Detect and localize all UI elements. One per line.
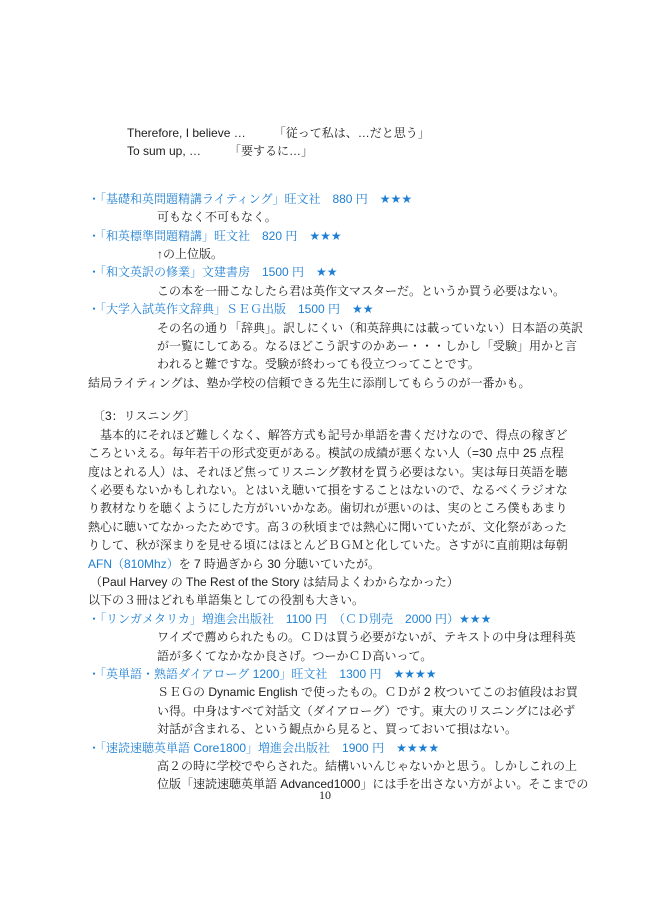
book-comment: ＳＥＧの Dynamic English で使ったもの。ＣＤが 2 枚ついてこの… bbox=[157, 683, 650, 701]
book-entry: ・「和文英訳の修業」文建書房 1500 円 ★★ bbox=[88, 263, 650, 281]
phrase-english: Therefore, I believe … bbox=[127, 126, 246, 140]
paragraph-line: りして、秋が深まりを見せる頃にはほとんどＢＧＭと化していた。さすがに直前期は毎朝 bbox=[88, 536, 650, 554]
book-comment: われると難ですな。受験が終わっても役立つってことです。 bbox=[157, 355, 650, 373]
afn-frequency-text: AFN（810Mhz） bbox=[88, 557, 179, 571]
paragraph-line: く必要もないかもしれない。とはいえ聴いて損をすることはないので、なるべくラジオな bbox=[88, 481, 650, 499]
book-comment: 対話が含まれる、という観点から見ると、買っておいて損はない。 bbox=[157, 720, 650, 738]
book-comment: 語が多くてなかなか良さげ。つーかＣＤ高いって。 bbox=[157, 647, 650, 665]
conclusion-line: 結局ライティングは、塾か学校の信頼できる先生に添削してもらうのが一番かも。 bbox=[88, 374, 650, 392]
phrase-japanese: 「従って私は、…だと思う」 bbox=[274, 126, 430, 140]
intro-line: 以下の３冊はどれも単語集としての役割も大きい。 bbox=[88, 591, 650, 609]
phrase-english: To sum up, … bbox=[127, 144, 201, 158]
book-comment: 高２の時に学校でやらされた。結構いいんじゃないかと思う。しかしこれの上 bbox=[157, 757, 650, 775]
note-line: （Paul Harvey の The Rest of the Story は結局… bbox=[90, 573, 650, 591]
book-comment: ↑の上位版。 bbox=[157, 245, 650, 263]
book-comment: が一覧にしてある。なるほどこう訳すのかあー・・・しかし「受験」用かと言 bbox=[157, 337, 650, 355]
phrase-japanese: 「要するに…」 bbox=[229, 144, 313, 158]
book-entry: ・「和英標準問題精講」旺文社 820 円 ★★★ bbox=[88, 227, 650, 245]
phrase-line: To sum up, …「要するに…」 bbox=[127, 142, 650, 160]
paragraph-line: 度はとれる人）は、それほど焦ってリスニング教材を買う必要はない。実は毎日英語を聴 bbox=[88, 463, 650, 481]
paragraph-line: り教材なりを聴くようにした方がいいかなあ。歯切れが悪いのは、実のところ僕もあまり bbox=[88, 499, 650, 517]
paragraph-line: ころといえる。毎年若干の形式変更がある。模試の成績が悪くない人（=30 点中 2… bbox=[88, 444, 650, 462]
phrase-line: Therefore, I believe …「従って私は、…だと思う」 bbox=[127, 124, 650, 142]
book-comment: この本を一冊こなしたら君は英作文マスターだ。というか買う必要はない。 bbox=[157, 282, 650, 300]
paragraph-line: 基本的にそれほど難しくなく、解答方式も記号か単語を書くだけなので、得点の稼ぎど bbox=[100, 426, 650, 444]
paragraph-text: を 7 時過ぎから 30 分聴いていたが。 bbox=[179, 557, 380, 571]
book-comment: い得。中身はすべて対話文（ダイアローグ）です。東大のリスニングには必ず bbox=[157, 702, 650, 720]
book-comment: 可もなく不可もなく。 bbox=[157, 208, 650, 226]
book-comment: ワイズで薦められたもの。ＣＤは買う必要がないが、テキストの中身は理科英 bbox=[157, 628, 650, 646]
section-heading: 〔3：リスニング〕 bbox=[93, 407, 650, 425]
book-entry: ・「大学入試英作文辞典」ＳＥＧ出版 1500 円 ★★ bbox=[88, 300, 650, 318]
page-content: Therefore, I believe …「従って私は、…だと思う」 To s… bbox=[0, 0, 650, 794]
page-number: 10 bbox=[0, 786, 650, 804]
paragraph-line: 熱心に聴いてなかったためです。高３の秋頃までは熱心に聞いていたが、文化祭があった bbox=[88, 518, 650, 536]
paragraph-line: AFN（810Mhz）を 7 時過ぎから 30 分聴いていたが。 bbox=[88, 555, 650, 573]
document-page: Therefore, I believe …「従って私は、…だと思う」 To s… bbox=[0, 0, 650, 919]
book-entry: ・「速読速聴英単語 Core1800」増進会出版社 1900 円 ★★★★ bbox=[88, 739, 650, 757]
book-entry: ・「リンガメタリカ」増進会出版社 1100 円 （ＣＤ別売 2000 円）★★★ bbox=[88, 610, 650, 628]
book-entry: ・「基礎和英問題精講ライティング」旺文社 880 円 ★★★ bbox=[88, 190, 650, 208]
book-comment: その名の通り「辞典」。訳しにくい（和英辞典には載っていない）日本語の英訳 bbox=[157, 319, 650, 337]
book-entry: ・「英単語・熟語ダイアローグ 1200」旺文社 1300 円 ★★★★ bbox=[88, 665, 650, 683]
